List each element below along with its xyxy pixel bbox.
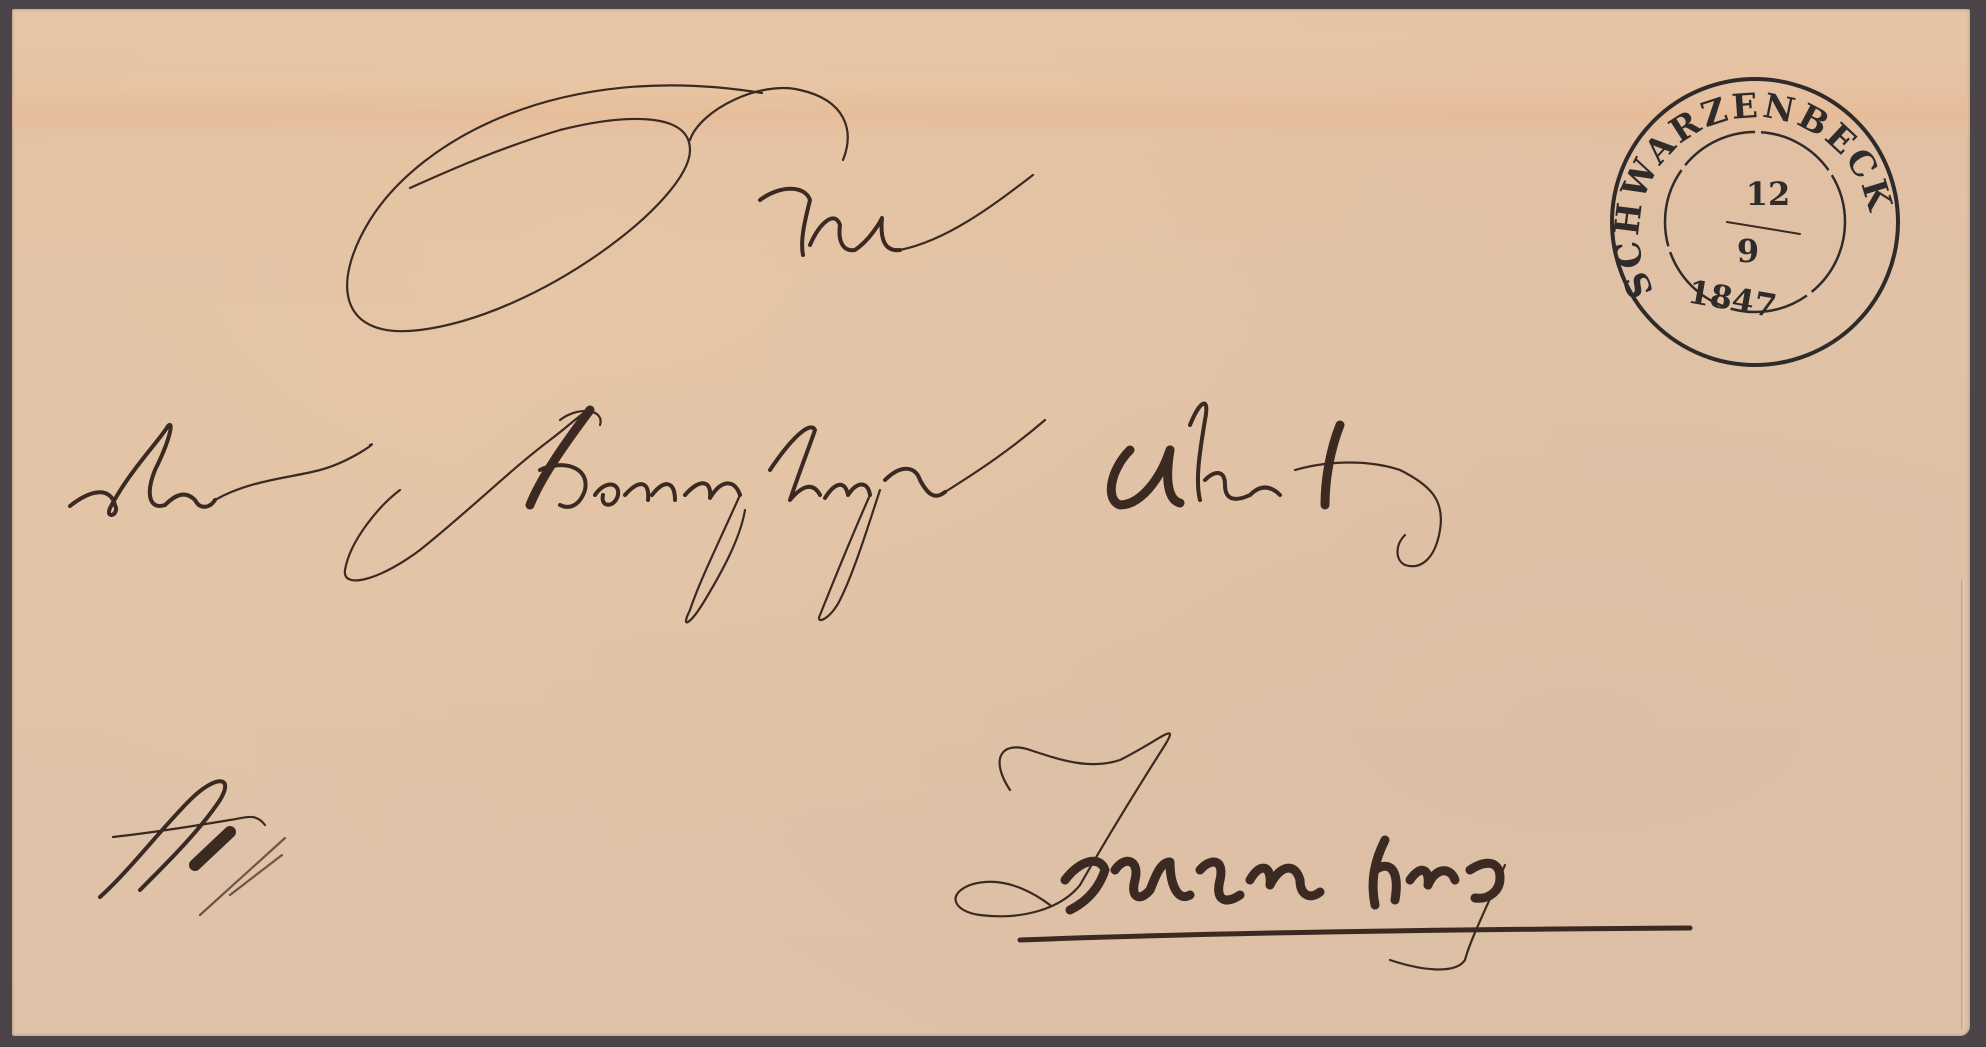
postmark-day: 12 — [1746, 175, 1791, 213]
franco-marking — [100, 781, 285, 915]
address-line-3-lauenburg — [956, 733, 1690, 969]
postmark-month: 9 — [1737, 232, 1759, 270]
postmark-schwarzenbeck: SCHWARZENBECK 12 9 1847 — [1607, 79, 1900, 365]
address-line-2 — [70, 404, 1441, 623]
scanned-cover: SCHWARZENBECK 12 9 1847 An den Königlich… — [0, 0, 1986, 1047]
manuscript-ink-layer: SCHWARZENBECK 12 9 1847 — [0, 0, 1986, 1047]
address-line-1-an — [347, 85, 1033, 331]
postmark-year: 1847 — [1685, 273, 1779, 326]
